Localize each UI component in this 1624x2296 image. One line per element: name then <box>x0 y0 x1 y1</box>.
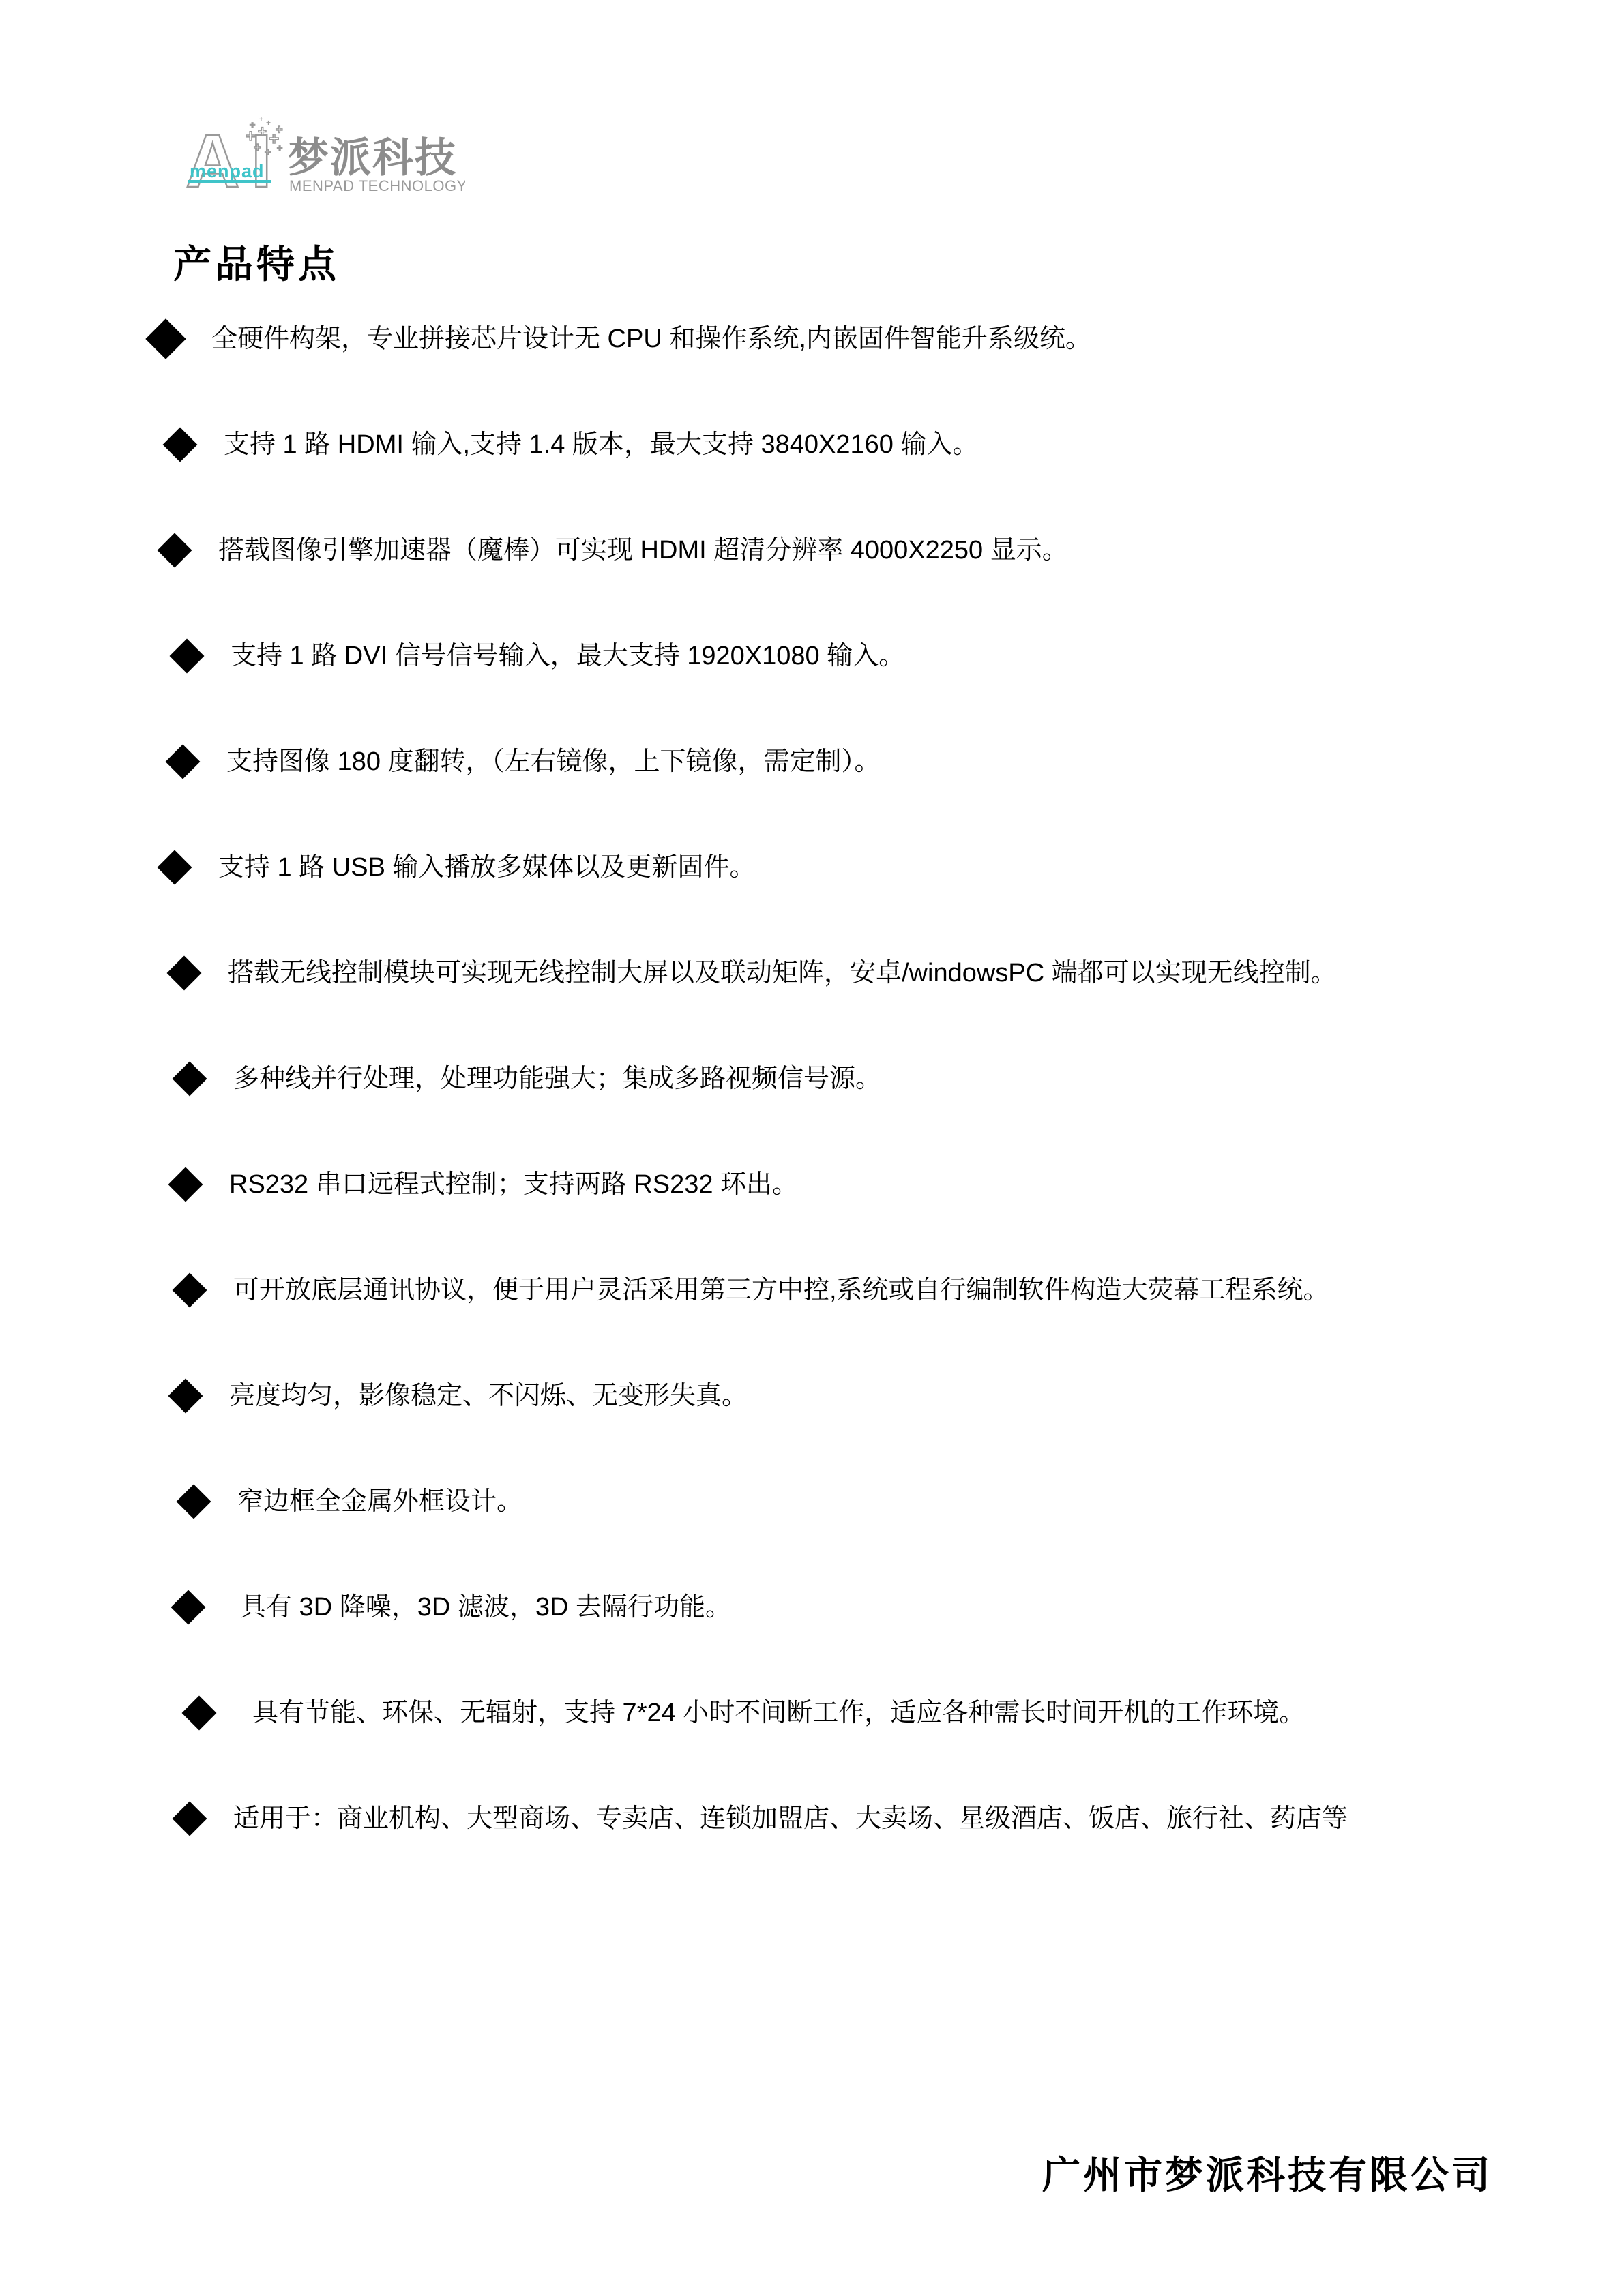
logo-en-name: MENPAD TECHNOLOGY <box>289 177 465 194</box>
diamond-bullet-icon <box>173 1273 207 1308</box>
diamond-bullet-icon <box>163 428 198 462</box>
feature-text: 全硬件构架，专业拼接芯片设计无 CPU 和操作系统,内嵌固件智能升系级统。 <box>211 319 1091 359</box>
feature-item: 窄边框全金属外框设计。 <box>151 1482 1516 1521</box>
feature-item: 亮度均匀，影像稳定、不闪烁、无变形失真。 <box>151 1376 1516 1416</box>
logo-menpad-small: menpad <box>190 161 265 181</box>
logo-cn-name: 梦派科技 <box>288 135 457 181</box>
feature-item: 支持图像 180 度翻转，（左右镜像，上下镜像，需定制）。 <box>151 742 1516 781</box>
diamond-bullet-icon <box>145 318 186 359</box>
feature-text: 适用于：商业机构、大型商场、专卖店、连锁加盟店、大卖场、星级酒店、饭店、旅行社、… <box>233 1799 1348 1838</box>
diamond-bullet-icon <box>173 1062 207 1097</box>
svg-text:+: + <box>250 119 255 130</box>
diamond-bullet-icon <box>173 1802 207 1836</box>
feature-text: 具有 3D 降噪，3D 滤波，3D 去隔行功能。 <box>240 1587 731 1627</box>
feature-text: 搭载无线控制模块可实现无线控制大屏以及联动矩阵，安卓/windowsPC 端都可… <box>228 953 1337 993</box>
company-logo-graphic: A I + + + + + + + + + + menpad 梦派科技 MENP… <box>186 117 465 198</box>
feature-item: 搭载图像引擎加速器（魔棒）可实现 HDMI 超清分辨率 4000X2250 显示… <box>151 531 1516 570</box>
feature-text: 具有节能、环保、无辐射，支持 7*24 小时不间断工作，适应各种需长时间开机的工… <box>252 1693 1305 1733</box>
feature-item: 支持 1 路 HDMI 输入,支持 1.4 版本，最大支持 3840X2160 … <box>151 425 1516 464</box>
diamond-bullet-icon <box>171 1590 206 1625</box>
feature-item: 全硬件构架，专业拼接芯片设计无 CPU 和操作系统,内嵌固件智能升系级统。 <box>151 319 1516 359</box>
feature-item: RS232 串口远程式控制；支持两路 RS232 环出。 <box>151 1165 1516 1204</box>
diamond-bullet-icon <box>166 745 201 779</box>
feature-text: 支持图像 180 度翻转，（左右镜像，上下镜像，需定制）。 <box>226 742 881 781</box>
diamond-bullet-icon <box>158 850 192 885</box>
diamond-bullet-icon <box>177 1485 211 1519</box>
feature-list: 全硬件构架，专业拼接芯片设计无 CPU 和操作系统,内嵌固件智能升系级统。 支持… <box>151 319 1516 1905</box>
logo-letter-a: A <box>186 119 239 198</box>
feature-text: 支持 1 路 DVI 信号信号输入，最大支持 1920X1080 输入。 <box>231 636 904 676</box>
diamond-bullet-icon <box>158 533 192 568</box>
company-logo: A I + + + + + + + + + + menpad 梦派科技 MENP… <box>186 117 465 198</box>
svg-text:+: + <box>265 147 271 158</box>
svg-text:+: + <box>266 118 271 128</box>
feature-text: 多种线并行处理，处理功能强大；集成多路视频信号源。 <box>233 1059 881 1099</box>
document-page: { "logo": { "monogram_a": "A", "monogram… <box>0 0 1624 2296</box>
feature-text: 支持 1 路 USB 输入播放多媒体以及更新固件。 <box>218 848 756 887</box>
diamond-bullet-icon <box>168 1167 203 1202</box>
svg-text:+: + <box>258 123 267 140</box>
feature-item: 支持 1 路 DVI 信号信号输入，最大支持 1920X1080 输入。 <box>151 636 1516 676</box>
logo-underline <box>188 180 271 183</box>
svg-text:+: + <box>254 140 261 154</box>
diamond-bullet-icon <box>170 639 205 674</box>
feature-text: 亮度均匀，影像稳定、不闪烁、无变形失真。 <box>229 1376 748 1416</box>
diamond-bullet-icon <box>167 956 202 991</box>
svg-text:+: + <box>277 143 282 153</box>
diamond-bullet-icon <box>182 1696 217 1731</box>
feature-text: 支持 1 路 HDMI 输入,支持 1.4 版本，最大支持 3840X2160 … <box>224 425 979 464</box>
feature-text: 可开放底层通讯协议，便于用户灵活采用第三方中控,系统或自行编制软件构造大荧幕工程… <box>233 1270 1329 1310</box>
feature-item: 支持 1 路 USB 输入播放多媒体以及更新固件。 <box>151 848 1516 887</box>
feature-item: 多种线并行处理，处理功能强大；集成多路视频信号源。 <box>151 1059 1516 1099</box>
feature-item: 可开放底层通讯协议，便于用户灵活采用第三方中控,系统或自行编制软件构造大荧幕工程… <box>151 1270 1516 1310</box>
feature-text: 窄边框全金属外框设计。 <box>237 1482 522 1521</box>
svg-text:+: + <box>259 117 263 123</box>
page-title: 产品特点 <box>173 235 340 289</box>
diamond-bullet-icon <box>168 1379 203 1414</box>
feature-item: 具有 3D 降噪，3D 滤波，3D 去隔行功能。 <box>151 1587 1516 1627</box>
feature-item: 具有节能、环保、无辐射，支持 7*24 小时不间断工作，适应各种需长时间开机的工… <box>151 1693 1516 1733</box>
footer-company-name: 广州市梦派科技有限公司 <box>1042 2145 1492 2200</box>
feature-text: 搭载图像引擎加速器（魔棒）可实现 HDMI 超清分辨率 4000X2250 显示… <box>218 531 1068 570</box>
feature-item: 搭载无线控制模块可实现无线控制大屏以及联动矩阵，安卓/windowsPC 端都可… <box>151 953 1516 993</box>
feature-text: RS232 串口远程式控制；支持两路 RS232 环出。 <box>229 1165 798 1204</box>
svg-text:+: + <box>276 123 283 136</box>
feature-item: 适用于：商业机构、大型商场、专卖店、连锁加盟店、大卖场、星级酒店、饭店、旅行社、… <box>151 1799 1516 1838</box>
